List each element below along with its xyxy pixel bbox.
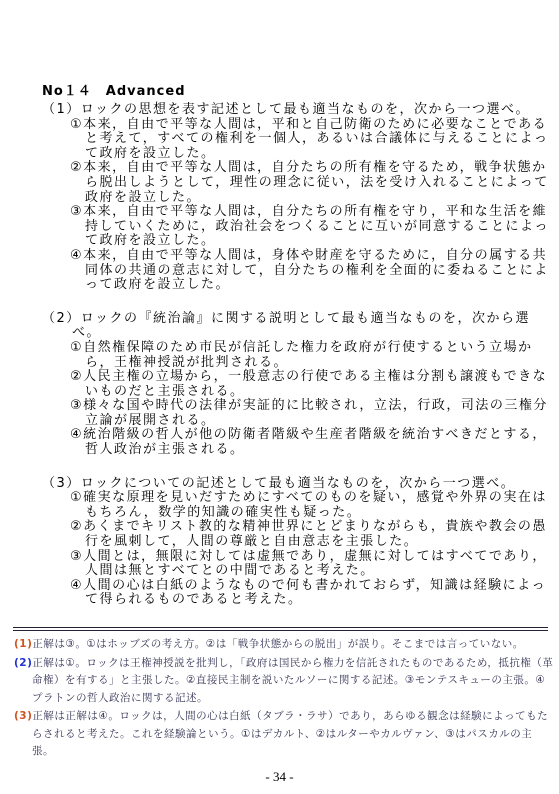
- answer-2-label: (2): [14, 657, 32, 669]
- question-1: （1）ロックの思想を表す記述として最も適当なものを，次から一つ選べ。 ①本来，自…: [42, 103, 552, 293]
- option-text: 様々な国や時代の法律が実証的に比較され，立法，行政，司法の三権分立論が展開される…: [83, 398, 548, 428]
- worksheet-page: No１４ Advanced （1）ロックの思想を表す記述として最も適当なものを，…: [0, 0, 559, 794]
- question-2-number: （2）: [42, 311, 81, 326]
- double-rule-divider: [13, 627, 548, 631]
- question-section: （1）ロックの思想を表す記述として最も適当なものを，次から一つ選べ。 ①本来，自…: [42, 103, 552, 608]
- option-text: 本来，自由で平等な人間は，自分たちの所有権を守り，平和な生活を維持していくために…: [83, 204, 549, 248]
- answer-section: (1)正解は③。①はホッブズの考え方。②は「戦争状態からの脱出」が誤り。そこまで…: [14, 636, 554, 761]
- option-marker: ④: [70, 578, 83, 593]
- option-text: 人間とは，無限に対しては虚無であり，虚無に対してはすべてであり，人間は無とすべて…: [83, 549, 547, 579]
- question-2-option-3: ③様々な国や時代の法律が実証的に比較され，立法，行政，司法の三権分立論が展開され…: [70, 399, 552, 428]
- answer-1: (1)正解は③。①はホッブズの考え方。②は「戦争状態からの脱出」が誤り。そこまで…: [14, 636, 554, 654]
- question-1-prompt: （1）ロックの思想を表す記述として最も適当なものを，次から一つ選べ。: [42, 103, 552, 118]
- question-3-option-2: ②あくまでキリスト教的な精神世界にとどまりながらも，貴族や教会の愚行を風刺して，…: [70, 520, 552, 549]
- answer-3: (3)正解は正解は④。ロックは，人間の心は白紙（タブラ・ラサ）であり，あらゆる観…: [14, 708, 554, 761]
- answer-1-text: 正解は③。①はホッブズの考え方。②は「戦争状態からの脱出」が誤り。そこまでは言っ…: [32, 638, 523, 650]
- option-text: 本来，自由で平等な人間は，平和と自己防衛のために必要なことであると考えて，すべて…: [83, 117, 548, 161]
- question-2-option-1: ①自然権保障のため市民が信託した権力を政府が行使するという立場から，王権神授説が…: [70, 341, 552, 370]
- option-text: 本来，自由で平等な人間は，身体や財産を守るために，自分の属する共同体の共通の意志…: [83, 248, 549, 292]
- answer-1-label: (1): [14, 638, 32, 650]
- option-text: あくまでキリスト教的な精神世界にとどまりながらも，貴族や教会の愚行を風刺して，人…: [83, 519, 547, 549]
- option-text: 自然権保障のため市民が信託した権力を政府が行使するという立場から，王権神授説が批…: [83, 340, 533, 370]
- question-2-option-4: ④統治階級の哲人が他の防衛者階級や生産者階級を統治すべきだとする，哲人政治が主張…: [70, 428, 552, 457]
- question-1-option-4: ④本来，自由で平等な人間は，身体や財産を守るために，自分の属する共同体の共通の意…: [70, 249, 552, 293]
- page-title: No１４ Advanced: [42, 80, 559, 99]
- question-2-prompt-text: ロックの『統治論』に関する説明として最も適当なものを，次から選べ。: [72, 311, 530, 341]
- option-text: 確実な原理を見いだすためにすべてのものを疑い，感覚や外界の実在はもちろん，数学的…: [83, 490, 547, 520]
- option-marker: ②: [70, 160, 83, 175]
- question-3-option-4: ④人間の心は白紙のようなもので何も書かれておらず，知識は経験によって得られるもの…: [70, 579, 552, 608]
- question-2: （2）ロックの『統治論』に関する説明として最も適当なものを，次から選べ。 ①自然…: [42, 312, 552, 458]
- question-2-prompt: （2）ロックの『統治論』に関する説明として最も適当なものを，次から選べ。: [42, 312, 552, 341]
- question-1-option-2: ②本来，自由で平等な人間は，自分たちの所有権を守るため，戦争状態から脱出しようと…: [70, 161, 552, 205]
- option-marker: ②: [70, 369, 83, 384]
- question-1-option-3: ③本来，自由で平等な人間は，自分たちの所有権を守り，平和な生活を維持していくため…: [70, 205, 552, 249]
- question-3-number: （3）: [42, 476, 81, 491]
- question-2-option-2: ②人民主権の立場から，一般意志の行使である主権は分割も譲渡もできないものだと主張…: [70, 370, 552, 399]
- option-text: 統治階級の哲人が他の防衛者階級や生産者階級を統治すべきだとする，哲人政治が主張さ…: [83, 427, 547, 457]
- option-marker: ①: [70, 340, 83, 355]
- option-text: 人間の心は白紙のようなもので何も書かれておらず，知識は経験によって得られるもので…: [83, 578, 546, 608]
- answer-2: (2)正解は①。ロックは王権神授説を批判し，「政府は国民から権力を信託されたもの…: [14, 655, 554, 708]
- option-marker: ④: [70, 427, 83, 442]
- option-marker: ④: [70, 248, 83, 263]
- question-3-option-1: ①確実な原理を見いだすためにすべてのものを疑い，感覚や外界の実在はもちろん，数学…: [70, 491, 552, 520]
- page-number: - 34 -: [0, 769, 559, 785]
- option-marker: ③: [70, 204, 83, 219]
- question-3-prompt-text: ロックについての記述として最も適当なものを，次から一つ選べ。: [81, 476, 515, 491]
- answer-3-label: (3): [14, 710, 32, 722]
- option-text: 人民主権の立場から，一般意志の行使である主権は分割も譲渡もできないものだと主張さ…: [83, 369, 547, 399]
- answer-2-text: 正解は①。ロックは王権神授説を批判し，「政府は国民から権力を信託されたものである…: [32, 657, 553, 704]
- option-marker: ②: [70, 519, 83, 534]
- option-marker: ①: [70, 490, 83, 505]
- option-text: 本来，自由で平等な人間は，自分たちの所有権を守るため，戦争状態から脱出しようとし…: [83, 160, 549, 204]
- option-marker: ③: [70, 549, 83, 564]
- question-1-option-1: ①本来，自由で平等な人間は，平和と自己防衛のために必要なことであると考えて，すべ…: [70, 118, 552, 162]
- question-1-prompt-text: ロックの思想を表す記述として最も適当なものを，次から一つ選べ。: [81, 102, 530, 117]
- option-marker: ①: [70, 117, 83, 132]
- option-marker: ③: [70, 398, 83, 413]
- question-1-number: （1）: [42, 102, 81, 117]
- answer-3-text: 正解は正解は④。ロックは，人間の心は白紙（タブラ・ラサ）であり，あらゆる観念は経…: [32, 710, 548, 757]
- question-3-option-3: ③人間とは，無限に対しては虚無であり，虚無に対してはすべてであり，人間は無とすべ…: [70, 550, 552, 579]
- question-3: （3）ロックについての記述として最も適当なものを，次から一つ選べ。 ①確実な原理…: [42, 477, 552, 608]
